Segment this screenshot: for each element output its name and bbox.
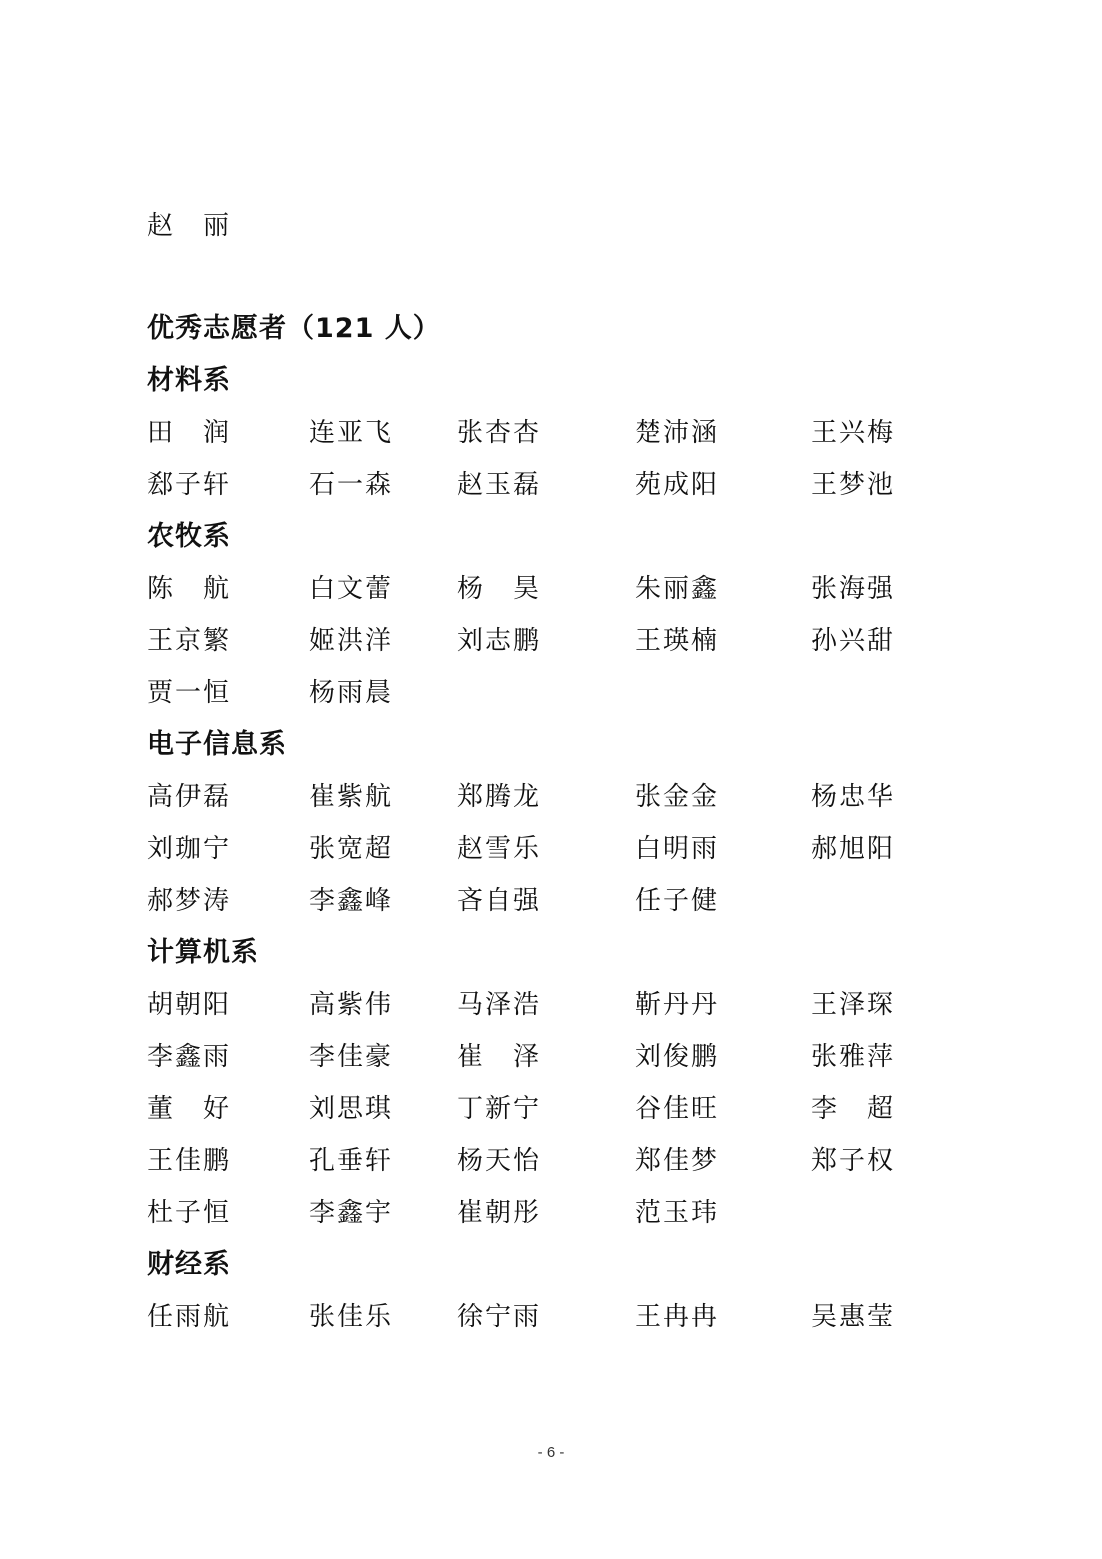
name-entry: 白文蕾 xyxy=(309,563,393,615)
name-entry: 李鑫宇 xyxy=(309,1187,393,1239)
name-entry: 任子健 xyxy=(635,875,719,927)
page-number: - 6 - xyxy=(0,1444,1102,1461)
department-heading: 财经系 xyxy=(147,1239,231,1291)
name-row: 任雨航 张佳乐 徐宁雨 王冉冉 吴惠莹 xyxy=(0,1291,1102,1343)
name-entry: 董 好 xyxy=(147,1083,231,1135)
name-entry: 杨 昊 xyxy=(457,563,541,615)
name-entry: 赵玉磊 xyxy=(457,459,541,511)
name-row: 郝梦涛 李鑫峰 吝自强 任子健 xyxy=(0,875,1102,927)
name-entry: 崔朝彤 xyxy=(457,1187,541,1239)
name-row: 董 好 刘思琪 丁新宁 谷佳旺 李 超 xyxy=(0,1083,1102,1135)
name-entry: 吝自强 xyxy=(457,875,541,927)
name-row: 王佳鹏 孔垂轩 杨天怡 郑佳梦 郑子权 xyxy=(0,1135,1102,1187)
name-entry: 郄子轩 xyxy=(147,459,231,511)
name-entry: 赵 丽 xyxy=(147,200,231,252)
name-entry: 王瑛楠 xyxy=(635,615,719,667)
name-entry: 王泽琛 xyxy=(811,979,895,1031)
name-row: 高伊磊 崔紫航 郑腾龙 张金金 杨忠华 xyxy=(0,771,1102,823)
name-entry: 李鑫雨 xyxy=(147,1031,231,1083)
name-entry: 李 超 xyxy=(811,1083,895,1135)
name-row: 刘珈宁 张宽超 赵雪乐 白明雨 郝旭阳 xyxy=(0,823,1102,875)
name-entry: 范玉玮 xyxy=(635,1187,719,1239)
name-row: 李鑫雨 李佳豪 崔 泽 刘俊鹏 张雅萍 xyxy=(0,1031,1102,1083)
name-entry: 胡朝阳 xyxy=(147,979,231,1031)
name-entry: 马泽浩 xyxy=(457,979,541,1031)
name-entry: 杜子恒 xyxy=(147,1187,231,1239)
name-entry: 王冉冉 xyxy=(635,1291,719,1343)
name-entry: 楚沛涵 xyxy=(635,407,719,459)
department-heading: 材料系 xyxy=(147,355,231,407)
name-row: 胡朝阳 高紫伟 马泽浩 靳丹丹 王泽琛 xyxy=(0,979,1102,1031)
name-row: 贾一恒 杨雨晨 xyxy=(0,667,1102,719)
name-entry: 郝梦涛 xyxy=(147,875,231,927)
name-entry: 王京繁 xyxy=(147,615,231,667)
name-entry: 王梦池 xyxy=(811,459,895,511)
name-entry: 连亚飞 xyxy=(309,407,393,459)
name-entry: 崔 泽 xyxy=(457,1031,541,1083)
name-entry: 王佳鹏 xyxy=(147,1135,231,1187)
name-entry: 杨天怡 xyxy=(457,1135,541,1187)
name-entry: 姬洪洋 xyxy=(309,615,393,667)
name-entry: 吴惠莹 xyxy=(811,1291,895,1343)
name-entry: 李佳豪 xyxy=(309,1031,393,1083)
name-entry: 郝旭阳 xyxy=(811,823,895,875)
name-entry: 陈 航 xyxy=(147,563,231,615)
name-entry: 张雅萍 xyxy=(811,1031,895,1083)
name-entry: 白明雨 xyxy=(635,823,719,875)
name-entry: 田 润 xyxy=(147,407,231,459)
name-entry: 张宽超 xyxy=(309,823,393,875)
name-entry: 徐宁雨 xyxy=(457,1291,541,1343)
name-entry: 谷佳旺 xyxy=(635,1083,719,1135)
name-entry: 赵雪乐 xyxy=(457,823,541,875)
name-entry: 刘志鹏 xyxy=(457,615,541,667)
section-title: 优秀志愿者（121 人） xyxy=(147,303,441,355)
name-entry: 高伊磊 xyxy=(147,771,231,823)
name-row: 田 润 连亚飞 张杏杏 楚沛涵 王兴梅 xyxy=(0,407,1102,459)
name-row: 郄子轩 石一森 赵玉磊 苑成阳 王梦池 xyxy=(0,459,1102,511)
name-entry: 崔紫航 xyxy=(309,771,393,823)
name-entry: 靳丹丹 xyxy=(635,979,719,1031)
name-entry: 任雨航 xyxy=(147,1291,231,1343)
document-page: 赵 丽 优秀志愿者（121 人） 材料系 田 润 连亚飞 张杏杏 楚沛涵 王兴梅… xyxy=(0,0,1102,1559)
name-entry: 孔垂轩 xyxy=(309,1135,393,1187)
name-entry: 贾一恒 xyxy=(147,667,231,719)
name-row: 杜子恒 李鑫宇 崔朝彤 范玉玮 xyxy=(0,1187,1102,1239)
name-entry: 杨忠华 xyxy=(811,771,895,823)
department-heading: 农牧系 xyxy=(147,511,231,563)
name-entry: 郑子权 xyxy=(811,1135,895,1187)
department-heading: 计算机系 xyxy=(147,927,259,979)
name-entry: 张金金 xyxy=(635,771,719,823)
name-row: 陈 航 白文蕾 杨 昊 朱丽鑫 张海强 xyxy=(0,563,1102,615)
name-entry: 张佳乐 xyxy=(309,1291,393,1343)
name-entry: 郑腾龙 xyxy=(457,771,541,823)
name-entry: 李鑫峰 xyxy=(309,875,393,927)
name-entry: 苑成阳 xyxy=(635,459,719,511)
name-entry: 郑佳梦 xyxy=(635,1135,719,1187)
name-entry: 张杏杏 xyxy=(457,407,541,459)
name-entry: 张海强 xyxy=(811,563,895,615)
name-entry: 刘思琪 xyxy=(309,1083,393,1135)
name-entry: 杨雨晨 xyxy=(309,667,393,719)
name-entry: 高紫伟 xyxy=(309,979,393,1031)
name-entry: 刘珈宁 xyxy=(147,823,231,875)
name-entry: 孙兴甜 xyxy=(811,615,895,667)
name-row: 王京繁 姬洪洋 刘志鹏 王瑛楠 孙兴甜 xyxy=(0,615,1102,667)
name-entry: 王兴梅 xyxy=(811,407,895,459)
name-entry: 朱丽鑫 xyxy=(635,563,719,615)
name-entry: 刘俊鹏 xyxy=(635,1031,719,1083)
department-heading: 电子信息系 xyxy=(147,719,287,771)
name-entry: 丁新宁 xyxy=(457,1083,541,1135)
name-entry: 石一森 xyxy=(309,459,393,511)
